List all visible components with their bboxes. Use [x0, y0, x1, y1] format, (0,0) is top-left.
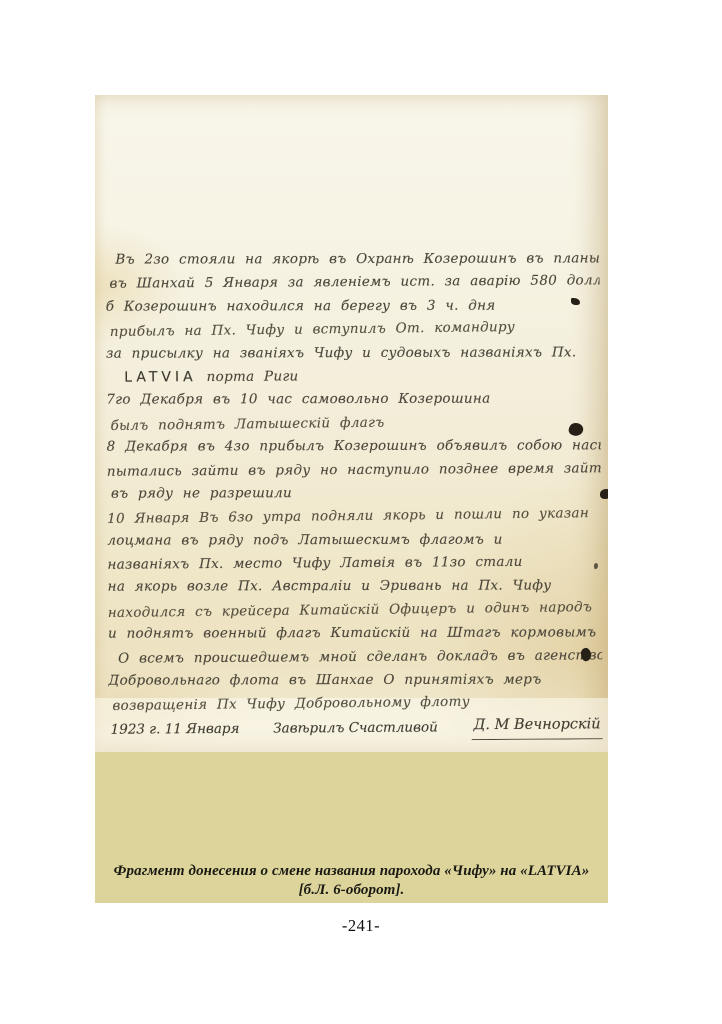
ink-blot	[571, 298, 580, 305]
signature-date: 1923 г. 11 Января	[109, 717, 240, 743]
book-page: Въ 2зо стояли на якорѣ въ Охранѣ Козерош…	[0, 0, 722, 1024]
latvia-line-rest: порта Риги	[207, 368, 299, 385]
scanned-document-figure: Въ 2зо стояли на якорѣ въ Охранѣ Козерош…	[95, 95, 608, 903]
manuscript-line: лоцмана въ ряду подъ Латышескимъ флагомъ…	[107, 528, 601, 553]
manuscript-line: пытались зайти въ ряду но наступило позд…	[107, 457, 601, 484]
signature-name: Д. М Вечнорскій	[471, 714, 602, 740]
manuscript-line: О всемъ происшедшемъ мной сделанъ доклад…	[108, 644, 602, 671]
caption-line-2: [б.Л. 6-оборот].	[95, 881, 608, 900]
signature-middle: Завѣрилъ Счастливой	[273, 715, 438, 741]
manuscript-line: прибылъ на Пх. Чифу и вступилъ От. коман…	[106, 315, 600, 344]
manuscript-line: и поднятъ военный флагъ Китайскій на Шта…	[108, 622, 602, 647]
manuscript-line: названіяхъ Пх. место Чифу Латвія въ 11зо…	[107, 550, 601, 577]
latvia-word: LATVIA	[106, 369, 207, 386]
caption-line-1: Фрагмент донесения о смене названия паро…	[95, 862, 608, 881]
manuscript-line-latvia: LATVIAпорта Риги	[106, 363, 600, 390]
caption-band: Фрагмент донесения о смене названия паро…	[95, 752, 608, 903]
manuscript-line: Въ 2зо стояли на якорѣ въ Охранѣ Козерош…	[105, 247, 599, 272]
manuscript-line: за присылку на званіяхъ Чифу и судовыхъ …	[106, 341, 600, 366]
manuscript-line: въ Шанхай 5 Января за явленіемъ ист. за …	[105, 270, 599, 297]
figure-caption: Фрагмент донесения о смене названия паро…	[95, 862, 608, 900]
manuscript-line: 8 Декабря въ 4зо прибылъ Козерошинъ объя…	[107, 434, 601, 459]
manuscript-line: на якорь возле Пх. Австраліи и Эривань н…	[108, 575, 602, 600]
page-number: -241-	[0, 916, 722, 936]
manuscript-line: 10 Января Въ 6зо утра подняли якорь и по…	[107, 502, 601, 531]
manuscript-line: 7го Декабря въ 10 час самовольно Козерош…	[106, 388, 600, 413]
handwritten-text: Въ 2зо стояли на якорѣ въ Охранѣ Козерош…	[105, 246, 602, 742]
ink-blot	[600, 489, 608, 499]
signature-row: 1923 г. 11 Января Завѣрилъ Счастливой Д.…	[109, 714, 603, 742]
